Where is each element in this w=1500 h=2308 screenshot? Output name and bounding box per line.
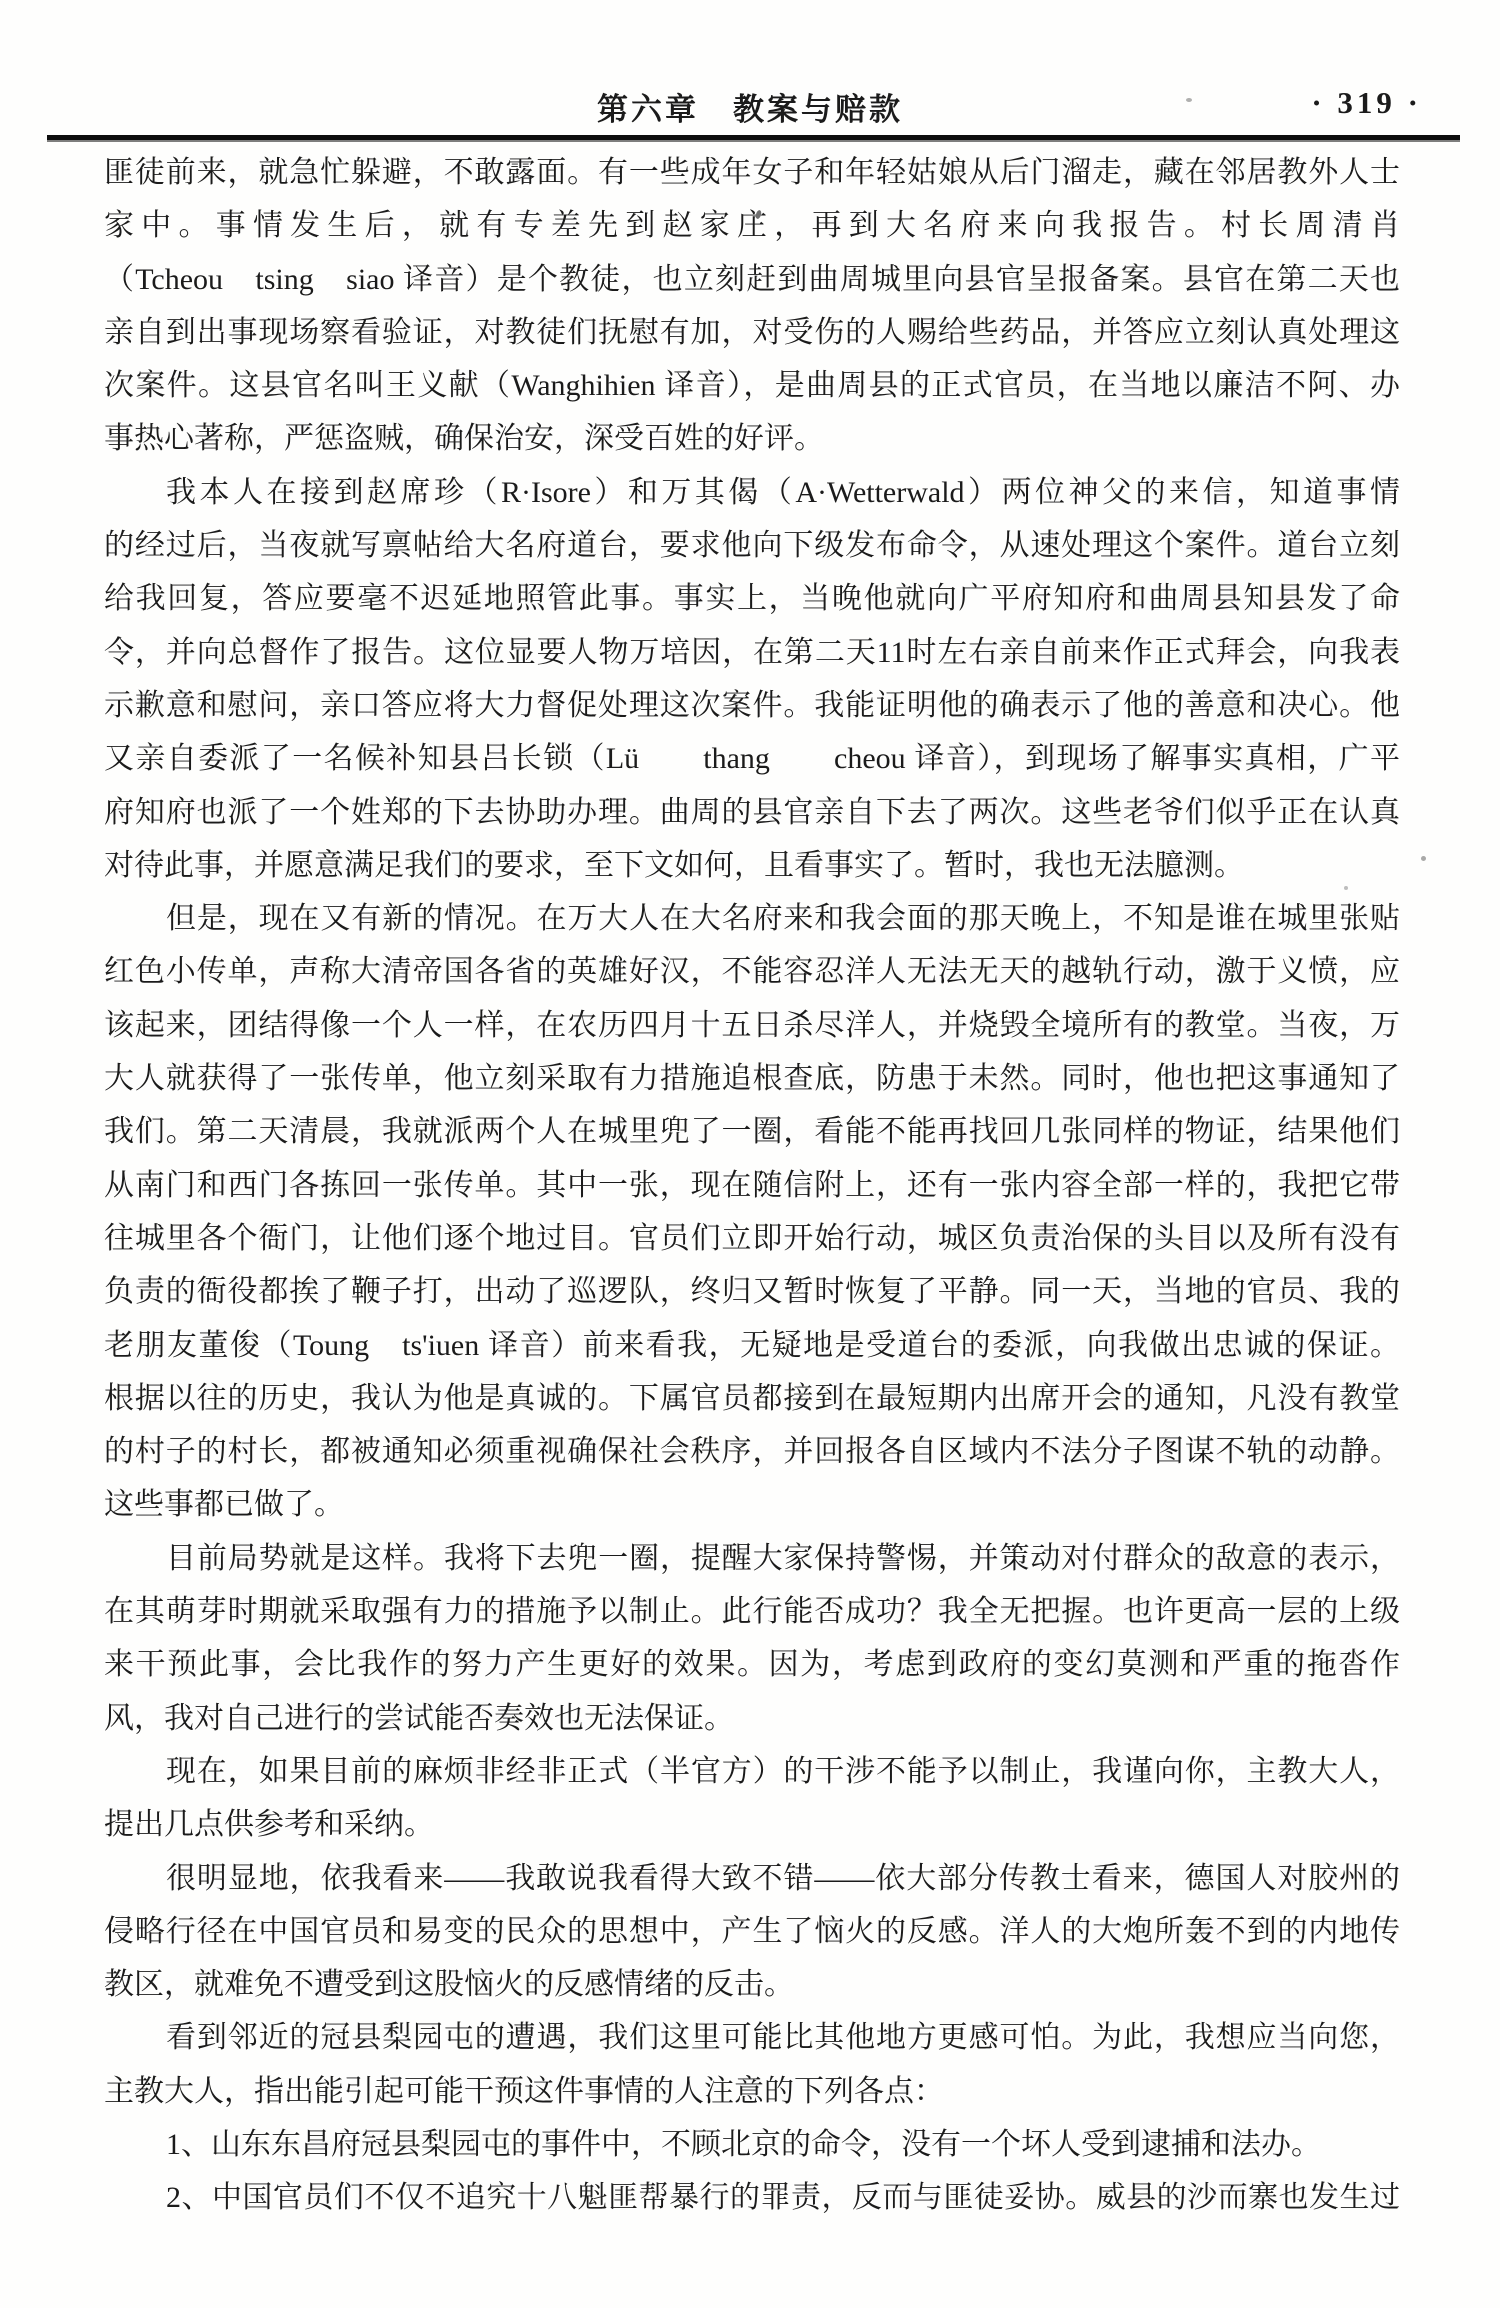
text-line: （Tcheou tsing siao 译音）是个教徒，也立刻赶到曲周城里向县官呈…	[104, 253, 1400, 306]
text-line: 但是，现在又有新的情况。在万大人在大名府来和我会面的那天晚上，不知是谁在城里张贴	[104, 892, 1400, 945]
text-line: 看到邻近的冠县梨园屯的遭遇，我们这里可能比其他地方更感可怕。为此，我想应当向您，	[104, 2011, 1400, 2064]
text-line: 府知府也派了一个姓郑的下去协助办理。曲周的县官亲自下去了两次。这些老爷们似乎正在…	[104, 786, 1400, 839]
text-line: 给我回复，答应要毫不迟延地照管此事。事实上，当晚他就向广平府知府和曲周县知县发了…	[104, 572, 1400, 625]
text-line: 我本人在接到赵席珍（R·Isore）和万其偈（A·Wetterwald）两位神父…	[104, 466, 1400, 519]
text-line: 主教大人，指出能引起可能干预这件事情的人注意的下列各点：	[104, 2065, 1400, 2118]
text-line: 现在，如果目前的麻烦非经非正式（半官方）的干涉不能予以制止，我谨向你，主教大人，	[104, 1745, 1400, 1798]
text-line: 风，我对自己进行的尝试能否奏效也无法保证。	[104, 1692, 1400, 1745]
text-line: 2、中国官员们不仅不追究十八魁匪帮暴行的罪责，反而与匪徒妥协。威县的沙而寨也发生…	[104, 2171, 1400, 2224]
scan-artifact	[1421, 856, 1426, 861]
text-line: 匪徒前来，就急忙躲避，不敢露面。有一些成年女子和年轻姑娘从后门溜走，藏在邻居教外…	[104, 146, 1400, 199]
text-line: 从南门和西门各拣回一张传单。其中一张，现在随信附上，还有一张内容全部一样的，我把…	[104, 1159, 1400, 1212]
header-rule	[47, 135, 1460, 140]
scan-artifact	[1344, 886, 1348, 890]
running-head: 第六章 教案与赔款 · 319 ·	[0, 84, 1500, 128]
text-line: 根据以往的历史，我认为他是真诚的。下属官员都接到在最短期内出席开会的通知，凡没有…	[104, 1372, 1400, 1425]
page-number: · 319 ·	[1311, 85, 1422, 121]
text-line: 在其萌芽时期就采取强有力的措施予以制止。此行能否成功？我全无把握。也许更高一层的…	[104, 1585, 1400, 1638]
body-text: 匪徒前来，就急忙躲避，不敢露面。有一些成年女子和年轻姑娘从后门溜走，藏在邻居教外…	[104, 146, 1400, 2225]
text-line: 大人就获得了一张传单，他立刻采取有力措施追根查底，防患于未然。同时，他也把这事通…	[104, 1052, 1400, 1105]
scan-artifact	[1186, 98, 1192, 102]
text-line: 往城里各个衙门，让他们逐个地过目。官员们立即开始行动，城区负责治保的头目以及所有…	[104, 1212, 1400, 1265]
text-line: 负责的衙役都挨了鞭子打，出动了巡逻队，终归又暂时恢复了平静。同一天，当地的官员、…	[104, 1265, 1400, 1318]
text-line: 亲自到出事现场察看验证，对教徒们抚慰有加，对受伤的人赐给些药品，并答应立刻认真处…	[104, 306, 1400, 359]
text-line: 事热心著称，严惩盗贼，确保治安，深受百姓的好评。	[104, 412, 1400, 465]
text-line: 教区，就难免不遭受到这股恼火的反感情绪的反击。	[104, 1958, 1400, 2011]
text-line: 侵略行径在中国官员和易变的民众的思想中，产生了恼火的反感。洋人的大炮所轰不到的内…	[104, 1905, 1400, 1958]
text-line: 家中。事情发生后，就有专差先到赵家庄，再到大名府来向我报告。村长周清肖	[104, 199, 1400, 252]
text-line: 1、山东东昌府冠县梨园屯的事件中，不顾北京的命令，没有一个坏人受到逮捕和法办。	[104, 2118, 1400, 2171]
text-line: 对待此事，并愿意满足我们的要求，至下文如何，且看事实了。暂时，我也无法臆测。	[104, 839, 1400, 892]
text-line: 次案件。这县官名叫王义献（Wanghihien 译音），是曲周县的正式官员，在当…	[104, 359, 1400, 412]
text-line: 又亲自委派了一名候补知县吕长锁（Lü thang cheou 译音），到现场了解…	[104, 732, 1400, 785]
text-line: 的经过后，当夜就写禀帖给大名府道台，要求他向下级发布命令，从速处理这个案件。道台…	[104, 519, 1400, 572]
text-line: 示歉意和慰问，亲口答应将大力督促处理这次案件。我能证明他的确表示了他的善意和决心…	[104, 679, 1400, 732]
text-line: 提出几点供参考和采纳。	[104, 1798, 1400, 1851]
text-line: 这些事都已做了。	[104, 1478, 1400, 1531]
chapter-title: 第六章 教案与赔款	[0, 84, 1500, 129]
text-line: 很明显地，依我看来——我敢说我看得大致不错——依大部分传教士看来，德国人对胶州的	[104, 1852, 1400, 1905]
text-line: 来干预此事，会比我作的努力产生更好的效果。因为，考虑到政府的变幻莫测和严重的拖沓…	[104, 1638, 1400, 1691]
book-page: 第六章 教案与赔款 · 319 · 匪徒前来，就急忙躲避，不敢露面。有一些成年女…	[0, 0, 1500, 2308]
text-line: 我们。第二天清晨，我就派两个人在城里兜了一圈，看能不能再找回几张同样的物证，结果…	[104, 1105, 1400, 1158]
text-line: 的村子的村长，都被通知必须重视确保社会秩序，并回报各自区域内不法分子图谋不轨的动…	[104, 1425, 1400, 1478]
text-line: 老朋友董俊（Toung ts'iuen 译音）前来看我，无疑地是受道台的委派，向…	[104, 1319, 1400, 1372]
text-line: 令，并向总督作了报告。这位显要人物万培因，在第二天11时左右亲自前来作正式拜会，…	[104, 626, 1400, 679]
text-line: 红色小传单，声称大清帝国各省的英雄好汉，不能容忍洋人无法无天的越轨行动，激于义愤…	[104, 945, 1400, 998]
text-line: 该起来，团结得像一个人一样，在农历四月十五日杀尽洋人，并烧毁全境所有的教堂。当夜…	[104, 999, 1400, 1052]
text-line: 目前局势就是这样。我将下去兜一圈，提醒大家保持警惕，并策动对付群众的敌意的表示，	[104, 1532, 1400, 1585]
